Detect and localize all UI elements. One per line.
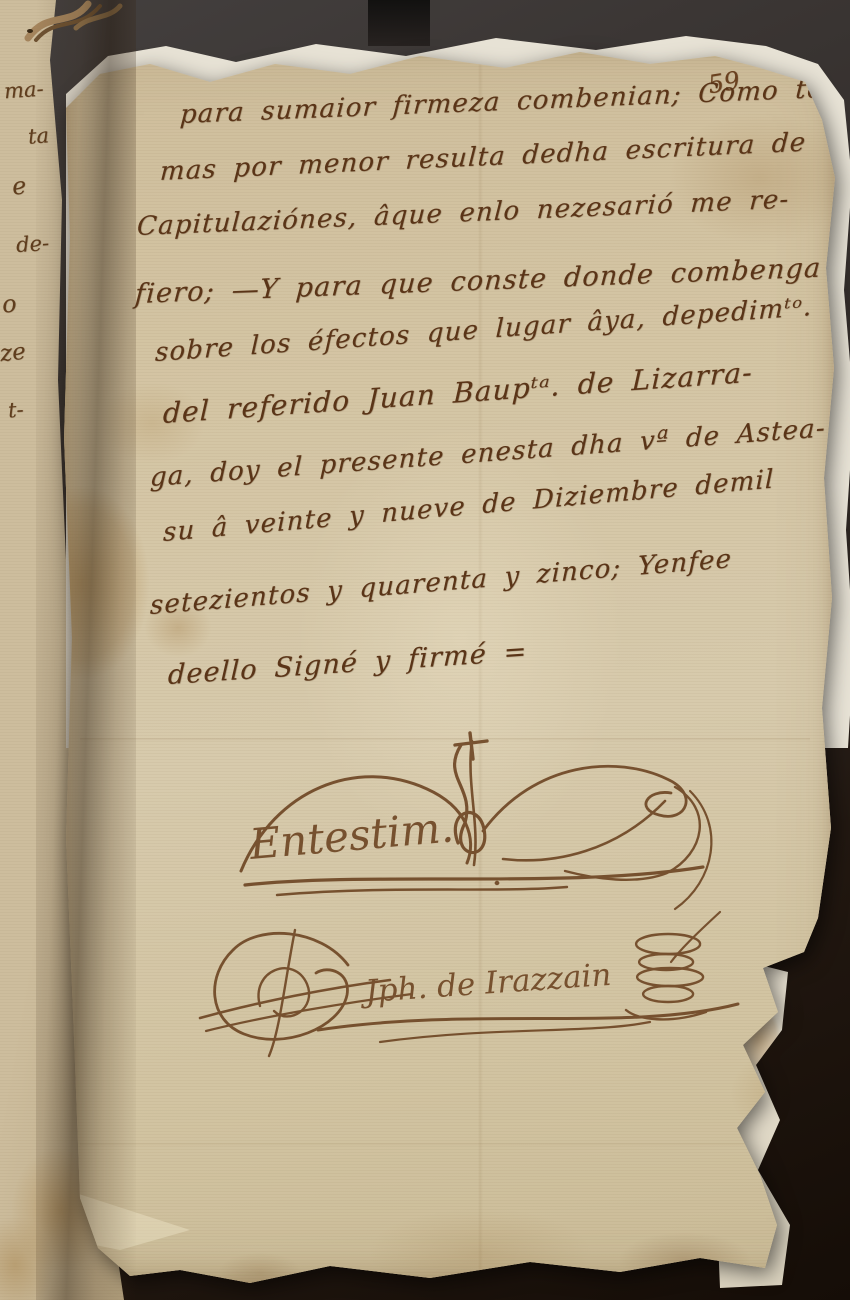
manuscript-page: 59 para sumaior firmeza combenian; Como …	[60, 38, 850, 1294]
manuscript-line: setezientos y quarenta y zinco; Yenfee	[150, 546, 733, 619]
photograph-of-manuscript: ma- ta e de- o ze t- 59 para sumaior fir…	[0, 0, 850, 1300]
margin-fragment: o	[1, 289, 18, 318]
paper-crease	[80, 1143, 810, 1146]
margin-mark: ʒ	[808, 954, 818, 974]
manuscript-line: del referido Juan Baupᵗᵃ. de Lizarra-	[163, 359, 754, 428]
margin-fragment: t-	[7, 397, 24, 422]
manuscript-line: deello Signé y firmé =	[167, 638, 528, 689]
notary-sign-flourish: Entestim.	[235, 731, 745, 916]
manuscript-line: mas por menor resulta dedha escritura de	[159, 130, 807, 185]
margin-fragment: ma-	[3, 77, 44, 104]
binding-threads	[20, 0, 130, 42]
margin-fragment: de-	[15, 231, 50, 257]
margin-fragment: ta	[27, 123, 50, 148]
margin-fragment: e	[11, 171, 28, 200]
margin-fragment: ze	[0, 339, 27, 368]
attestation-word: Entestim.	[247, 802, 456, 869]
background-object	[368, 0, 430, 46]
manuscript-line: Capitulaziónes, âque enlo nezesarió me r…	[136, 187, 790, 240]
manuscript-line: para sumaior firmeza combenian; Como tod…	[179, 75, 850, 128]
signature-name: Jph. de Irazzain	[358, 957, 612, 1011]
signature-flourish: Jph. de Irazzain	[198, 910, 748, 1065]
